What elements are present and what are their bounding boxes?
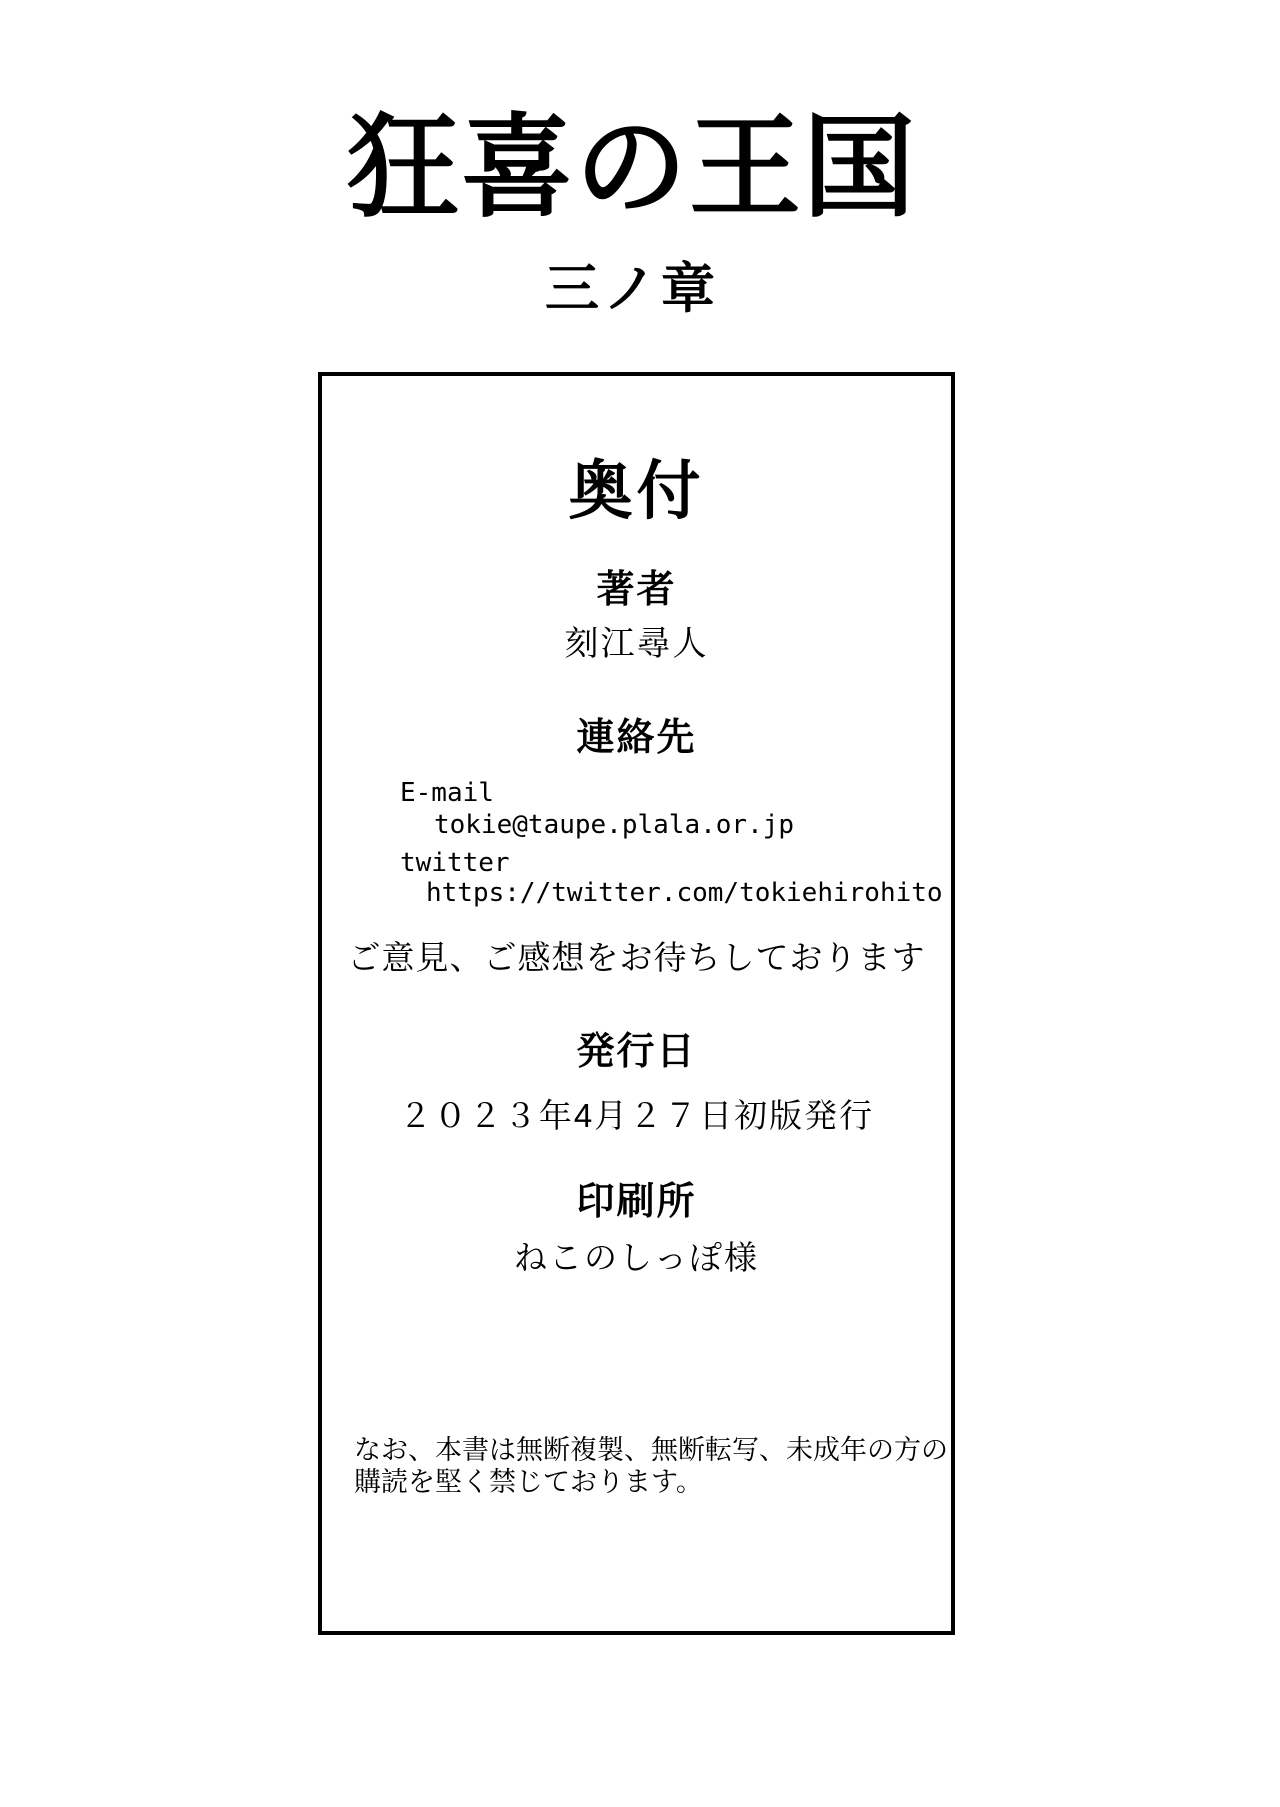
colophon-page: 狂喜の王国 三ノ章 奥付 著者 刻江尋人 連絡先 E-mail tokie@ta… — [0, 0, 1280, 1807]
publication-date-value: ２０２３年4月２７日初版発行 — [322, 1090, 951, 1137]
printer-label: 印刷所 — [322, 1170, 951, 1225]
chapter-subtitle: 三ノ章 — [0, 246, 1264, 323]
email-label: E-mail — [400, 778, 494, 808]
feedback-note: ご意見、ご感想をお待ちしております — [322, 932, 951, 979]
disclaimer-line-2: 購読を堅く禁じております。 — [354, 1466, 934, 1498]
author-name: 刻江尋人 — [322, 616, 951, 665]
contact-label: 連絡先 — [322, 706, 951, 761]
publication-date-label: 発行日 — [322, 1020, 951, 1075]
colophon-heading: 奥付 — [322, 440, 951, 532]
printer-name: ねこのしっぽ様 — [322, 1232, 951, 1279]
disclaimer-line-1: なお、本書は無断複製、無断転写、未成年の方の — [354, 1434, 934, 1466]
email-address: tokie@taupe.plala.or.jp — [434, 810, 794, 840]
twitter-label: twitter — [400, 848, 510, 878]
author-label: 著者 — [322, 558, 951, 613]
twitter-url: https://twitter.com/tokiehirohito — [426, 878, 943, 908]
colophon-box: 奥付 著者 刻江尋人 連絡先 E-mail tokie@taupe.plala.… — [318, 372, 955, 1635]
book-title: 狂喜の王国 — [0, 104, 1264, 233]
disclaimer-text: なお、本書は無断複製、無断転写、未成年の方の 購読を堅く禁じております。 — [354, 1434, 934, 1498]
